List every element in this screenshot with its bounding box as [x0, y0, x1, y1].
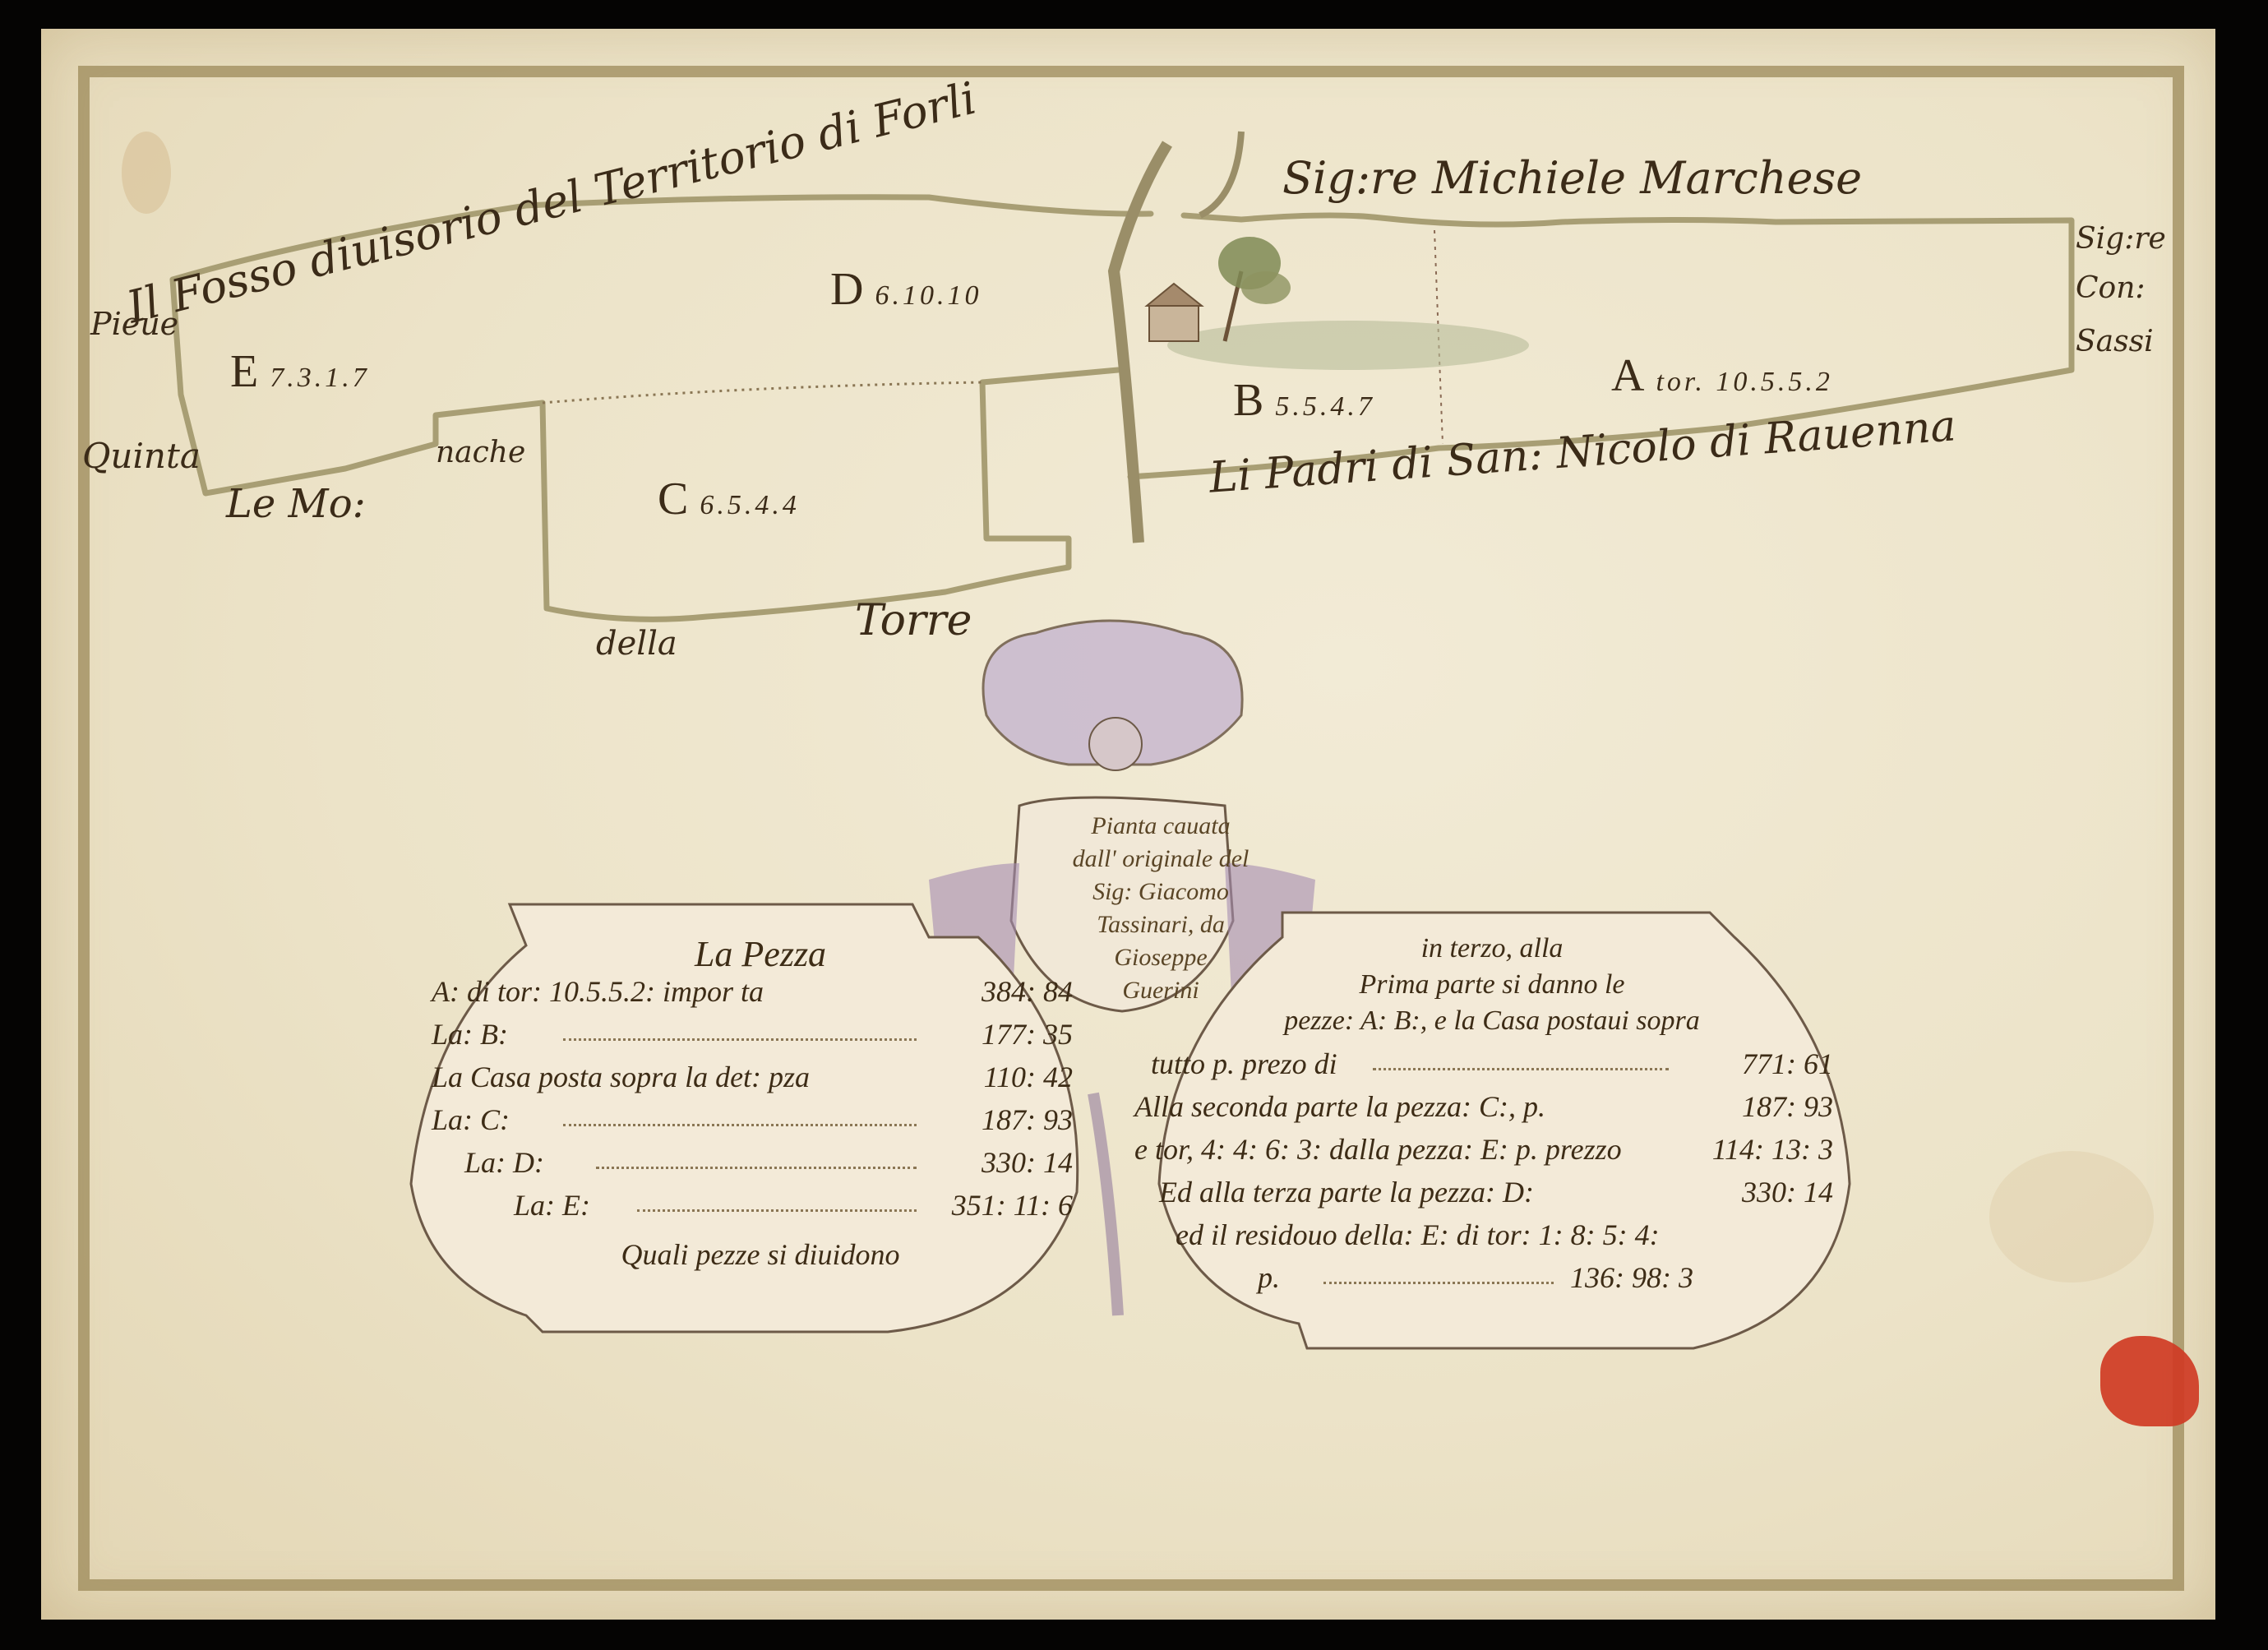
valuation-row: La Casa posta sopra la det: pza110: 42: [432, 1060, 1089, 1102]
division-table: in terzo, alla Prima parte si danno le p…: [1134, 933, 1850, 1303]
division-row: ed il residouo della: E: di tor: 1: 8: 5…: [1134, 1218, 1850, 1260]
valuation-heading: La Pezza: [432, 933, 1089, 974]
label-south-torre: Torre: [855, 596, 972, 645]
canal: [1114, 144, 1167, 543]
label-south-monache-1: Le Mo:: [226, 481, 366, 527]
label-south-della: della: [596, 625, 677, 663]
label-west-quinta: Quinta: [82, 436, 201, 476]
valuation-row: La: E:351: 11: 6: [432, 1188, 1089, 1231]
label-south-monache-2: nache: [436, 436, 525, 469]
parcel-c: C6.5.4.4: [658, 473, 800, 525]
label-north-owner: Sig:re Michiele Marchese: [1282, 152, 1862, 204]
division-row: Ed alla terza parte la pezza: D:330: 14: [1134, 1175, 1850, 1218]
valuation-row: A: di tor: 10.5.5.2: impor ta384: 84: [432, 974, 1089, 1017]
label-east-owner-2: Con:: [2076, 271, 2146, 305]
dotted-divider: [543, 382, 982, 403]
division-row: p.136: 98: 3: [1134, 1260, 1850, 1303]
house-and-tree-vignette: [1147, 237, 1529, 370]
valuation-row: La: B:177: 35: [432, 1017, 1089, 1060]
parcel-a: Ator. 10.5.5.2: [1611, 349, 1833, 402]
label-east-owner-3: Sassi: [2076, 325, 2154, 358]
division-row: Alla seconda parte la pezza: C:, p.187: …: [1134, 1089, 1850, 1132]
parcel-d: D6.10.10: [830, 263, 982, 316]
valuation-row: La: D:330: 14: [432, 1145, 1089, 1188]
label-west-pieve: Pieue: [90, 306, 178, 342]
valuation-row: La: C:187: 93: [432, 1102, 1089, 1145]
parcel-b: B5.5.4.7: [1233, 374, 1375, 427]
parcel-e: E7.3.1.7: [230, 345, 370, 398]
division-row: e tor, 4: 4: 6: 3: dalla pezza: E: p. pr…: [1134, 1132, 1850, 1175]
division-row: tutto p. prezo di771: 61: [1134, 1047, 1850, 1089]
label-east-owner-1: Sig:re: [2076, 222, 2166, 256]
valuation-table: La Pezza A: di tor: 10.5.5.2: impor ta38…: [432, 933, 1089, 1278]
valuation-footer: Quali pezze si diuidono: [432, 1237, 1089, 1278]
